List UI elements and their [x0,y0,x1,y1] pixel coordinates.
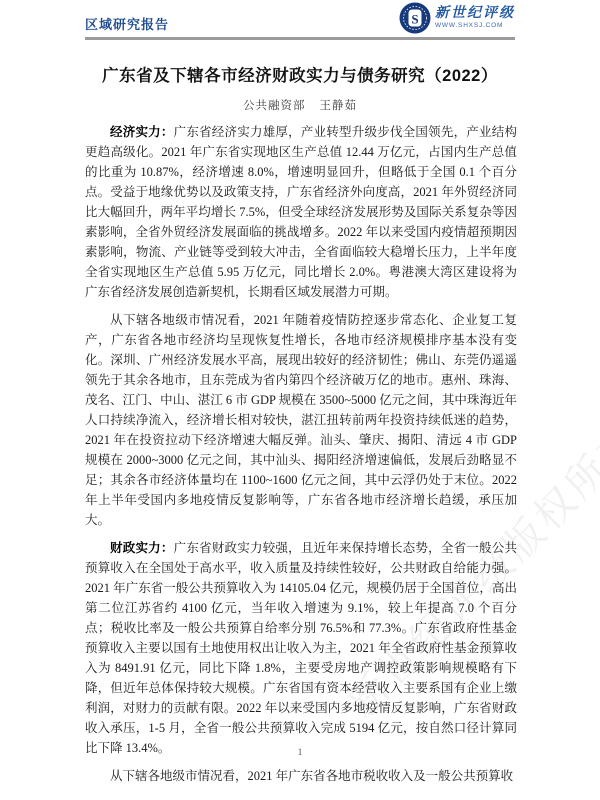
paragraph-city-fiscal-truncated: 从下辖各地级市情况看，2021 年广东省各地市税收收入及一般公共预算收 [85,766,517,786]
header-divider [85,37,515,40]
brand-url: WWW.SHXSJ.COM [435,21,515,30]
report-type-label: 区域研究报告 [85,14,169,33]
document-page: 区域研究报告 S 新世纪评级 WWW.SHXSJ.COM 广东省及下辖各市经济财… [0,0,600,800]
paragraph-text: 广东省财政实力较强，且近年来保持增长态势，全省一般公共预算收入在全国处于高水平，… [85,541,517,755]
brand-text-block: 新世纪评级 WWW.SHXSJ.COM [435,2,515,30]
brand-emblem-icon: S [399,2,431,34]
page-header: 区域研究报告 S 新世纪评级 WWW.SHXSJ.COM [85,0,515,40]
paragraph-text: 从下辖各地级市情况看，2021 年广东省各地市税收收入及一般公共预算收 [110,769,513,783]
byline: 公共融资部王静茹 [0,97,600,113]
document-body: 经济实力：广东省经济实力雄厚，产业转型升级步伐全国领先，产业结构更趋高级化。20… [85,122,517,794]
byline-author: 王静茹 [320,100,358,112]
paragraph-text: 广东省经济实力雄厚，产业转型升级步伐全国领先，产业结构更趋高级化。2021 年广… [85,125,517,299]
paragraph-city-economy: 从下辖各地级市情况看，2021 年随着疫情防控逐步常态化、企业复工复产，广东省各… [85,310,517,530]
page-number: 1 [0,748,600,758]
brand-name: 新世纪评级 [435,6,515,21]
paragraph-lead: 财政实力： [110,541,174,555]
svg-text:S: S [411,12,418,27]
page-title: 广东省及下辖各市经济财政实力与债务研究（2022） [0,62,600,86]
paragraph-economic-strength: 经济实力：广东省经济实力雄厚，产业转型升级步伐全国领先，产业结构更趋高级化。20… [85,122,517,302]
paragraph-fiscal-strength: 财政实力：广东省财政实力较强，且近年来保持增长态势，全省一般公共预算收入在全国处… [85,538,517,758]
company-logo: S 新世纪评级 WWW.SHXSJ.COM [399,2,515,34]
byline-department: 公共融资部 [243,100,306,112]
paragraph-text: 从下辖各地级市情况看，2021 年随着疫情防控逐步常态化、企业复工复产，广东省各… [85,313,517,527]
paragraph-lead: 经济实力： [110,125,174,139]
